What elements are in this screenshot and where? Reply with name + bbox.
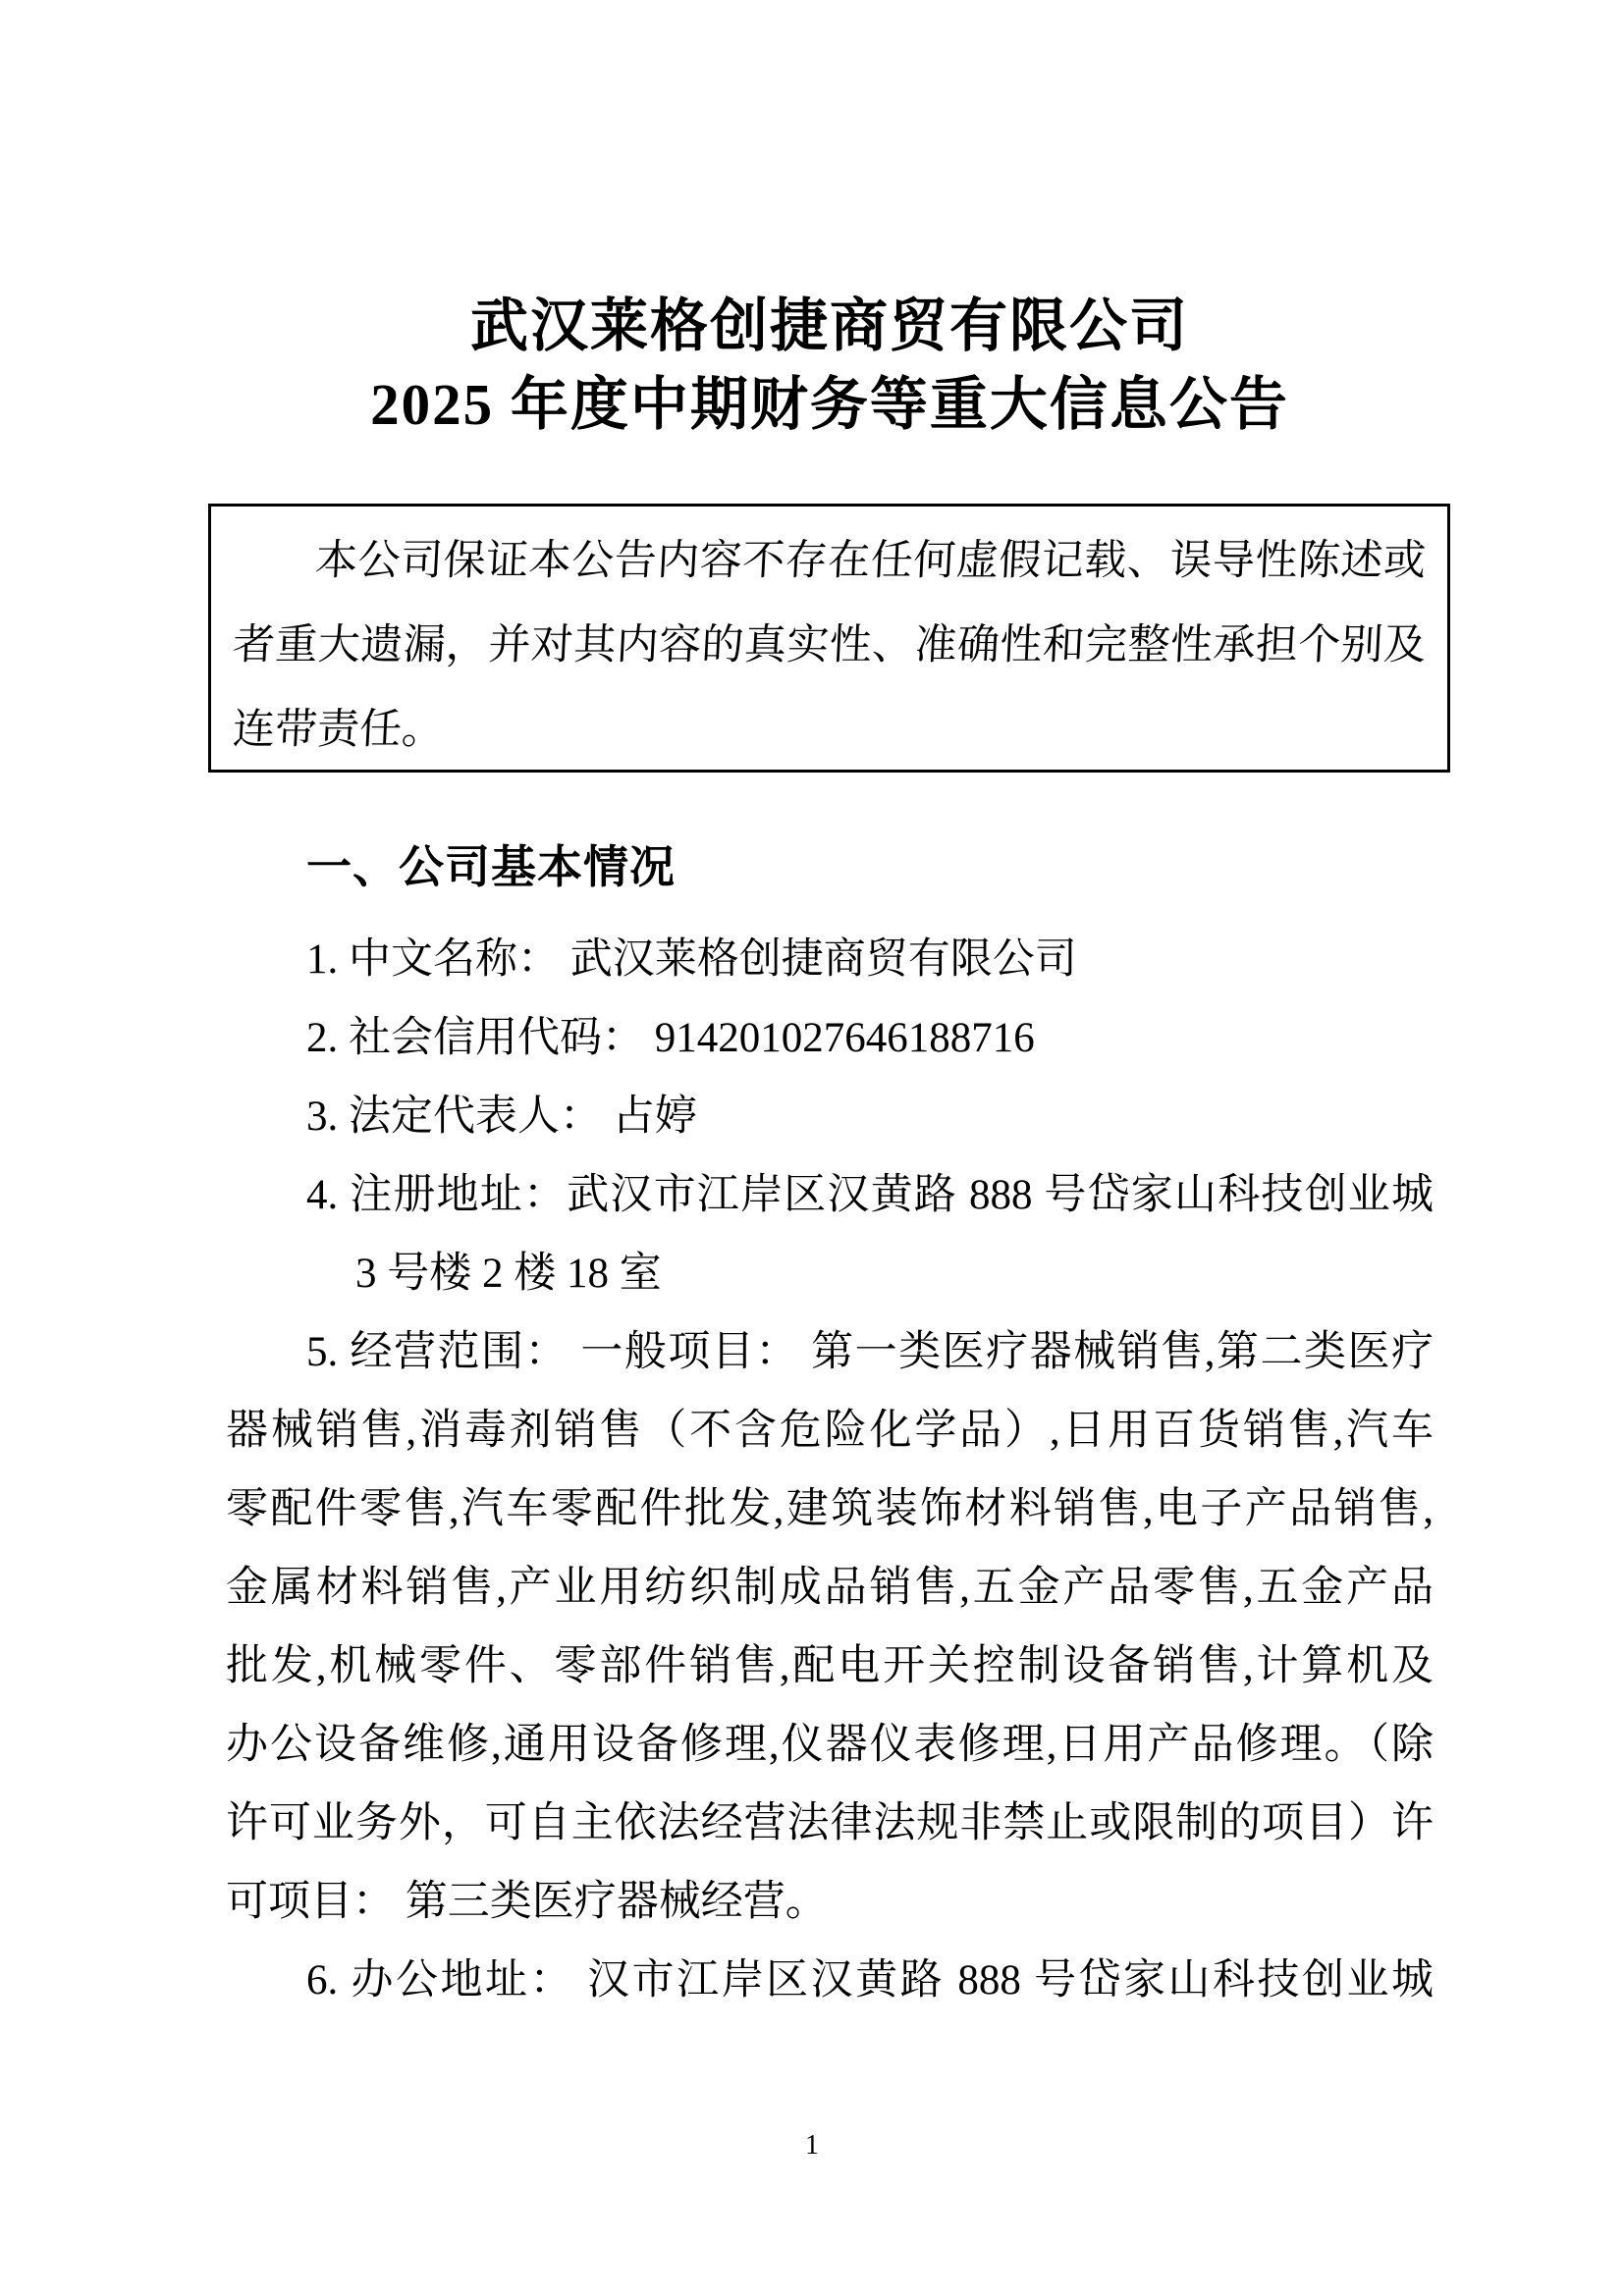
item-business-scope-line: 金属材料销售,产业用纺织制成品销售,五金产品零售,五金产品 bbox=[226, 1549, 1434, 1628]
item-business-scope-line: 批发,机械零件、零部件销售,配电开关控制设备销售,计算机及 bbox=[226, 1628, 1434, 1706]
item-legal-representative: 3. 法定代表人： 占婷 bbox=[226, 1078, 1434, 1156]
document-title: 武汉莱格创捷商贸有限公司 2025 年度中期财务等重大信息公告 bbox=[226, 287, 1434, 444]
document-body: 一、公司基本情况 1. 中文名称： 武汉莱格创捷商贸有限公司 2. 社会信用代码… bbox=[226, 828, 1434, 2020]
item-registered-address-line: 3 号楼 2 楼 18 室 bbox=[226, 1235, 1434, 1313]
title-line-1: 武汉莱格创捷商贸有限公司 bbox=[226, 287, 1434, 365]
title-line-2: 2025 年度中期财务等重大信息公告 bbox=[226, 365, 1434, 444]
page-number: 1 bbox=[0, 2130, 1624, 2162]
disclaimer-line: 者重大遗漏，并对其内容的真实性、准确性和完整性承担个别及 bbox=[231, 604, 1429, 688]
item-business-scope-line: 可项目： 第三类医疗器械经营。 bbox=[226, 1863, 1434, 1942]
item-credit-code: 2. 社会信用代码： 914201027646188716 bbox=[226, 999, 1434, 1078]
item-business-scope-line: 零配件零售,汽车零配件批发,建筑装饰材料销售,电子产品销售, bbox=[226, 1470, 1434, 1549]
item-business-scope-line: 办公设备维修,通用设备修理,仪器仪表修理,日用产品修理。（除 bbox=[226, 1706, 1434, 1785]
disclaimer-line: 本公司保证本公告内容不存在任何虚假记载、误导性陈述或 bbox=[231, 519, 1429, 604]
item-business-scope-line: 器械销售,消毒剂销售（不含危险化学品）,日用百货销售,汽车 bbox=[226, 1392, 1434, 1470]
section-heading: 一、公司基本情况 bbox=[226, 828, 1434, 906]
document-page: 武汉莱格创捷商贸有限公司 2025 年度中期财务等重大信息公告 本公司保证本公告… bbox=[0, 0, 1624, 2296]
item-registered-address-line: 4. 注册地址：武汉市江岸区汉黄路 888 号岱家山科技创业城 bbox=[226, 1156, 1434, 1235]
item-business-scope-line: 许可业务外，可自主依法经营法律法规非禁止或限制的项目）许 bbox=[226, 1785, 1434, 1863]
item-office-address: 6. 办公地址： 汉市江岸区汉黄路 888 号岱家山科技创业城 bbox=[226, 1942, 1434, 2020]
item-chinese-name: 1. 中文名称： 武汉莱格创捷商贸有限公司 bbox=[226, 921, 1434, 999]
item-business-scope-line: 5. 经营范围： 一般项目： 第一类医疗器械销售,第二类医疗 bbox=[226, 1313, 1434, 1392]
disclaimer-line: 连带责任。 bbox=[231, 688, 1429, 773]
disclaimer-box: 本公司保证本公告内容不存在任何虚假记载、误导性陈述或 者重大遗漏，并对其内容的真… bbox=[208, 504, 1450, 773]
